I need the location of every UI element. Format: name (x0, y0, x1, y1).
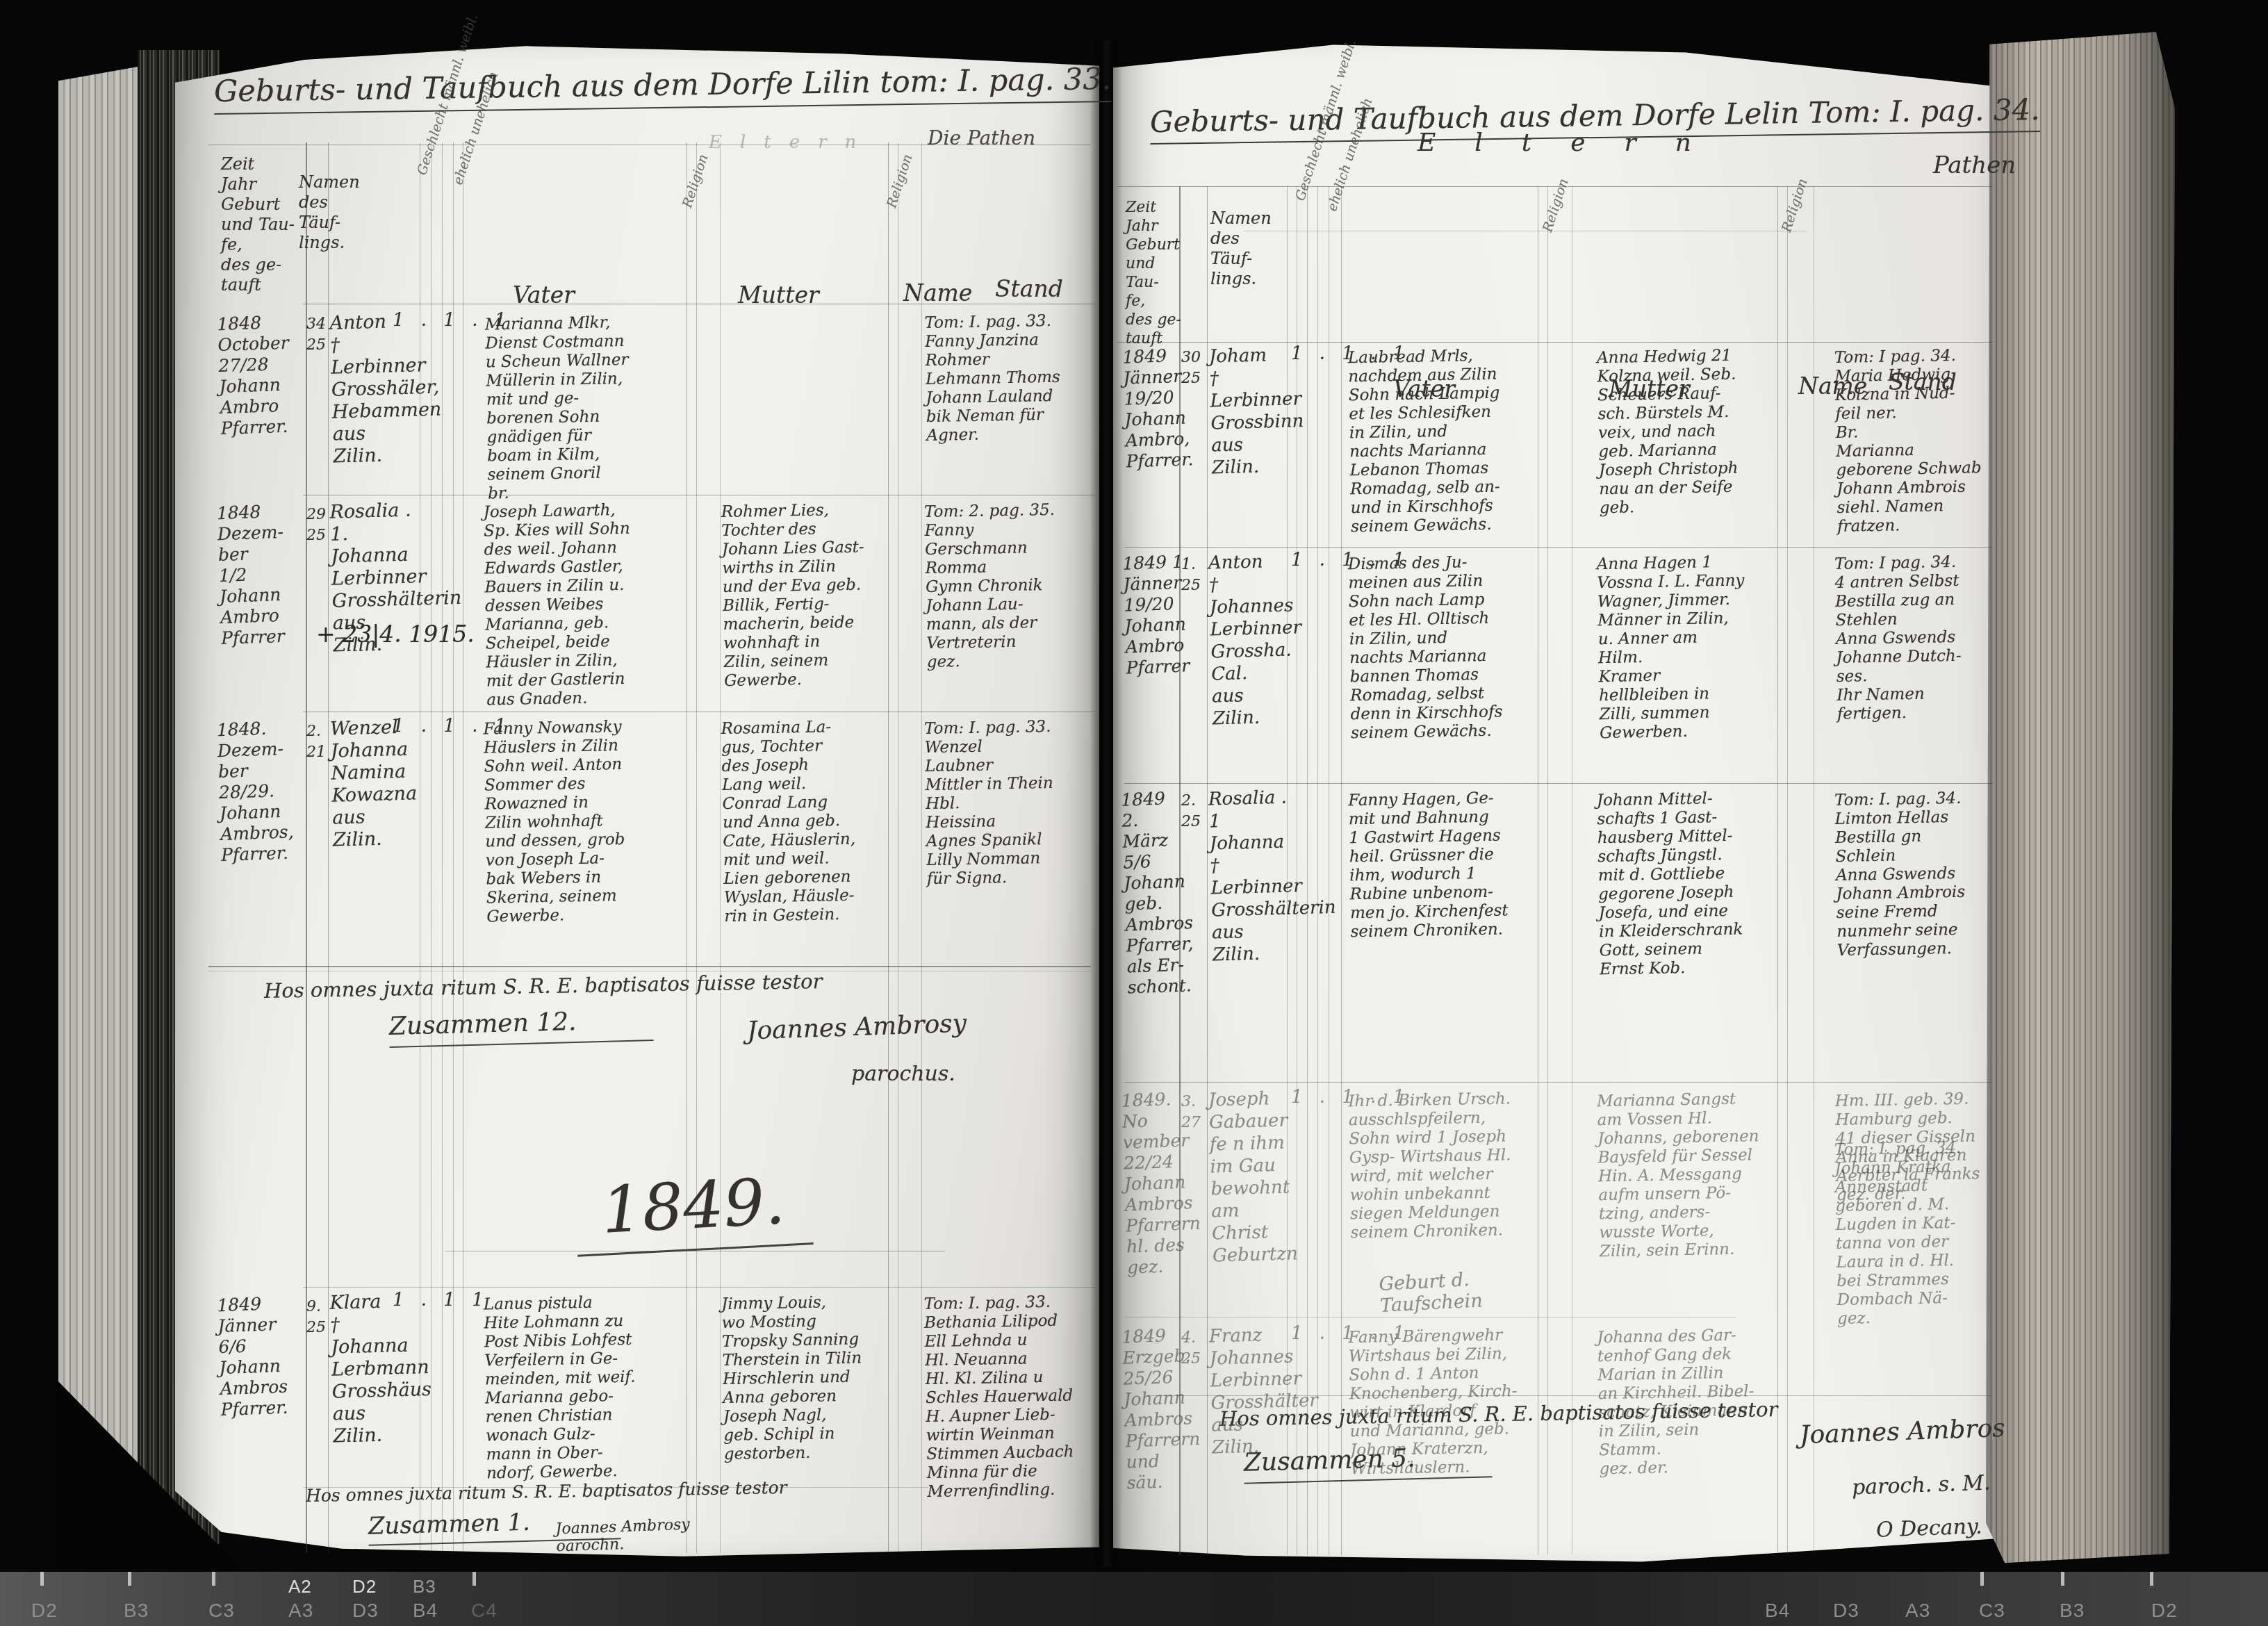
grid-vline (1307, 186, 1308, 1555)
strip-label: D3 (1833, 1600, 1859, 1622)
grid-vline (888, 142, 889, 1553)
strip-tick (212, 1572, 215, 1586)
grid-hline (208, 971, 1091, 971)
grid-hline (1124, 783, 1993, 784)
priest-signature-role: parochus. (851, 1062, 955, 1086)
strip-label: A3 (1905, 1600, 1930, 1622)
entry-child-name: Anton † Lerbinner Grosshäler, Hebammen a… (329, 310, 421, 468)
grid-hline (303, 495, 1095, 495)
entry-godparents-text: Tom: I. pag. 33. Fanny Janzina Rohmer Le… (924, 311, 1092, 445)
entry-date: 1848 October 27/28 Johann Ambro Pfarrer. (217, 311, 304, 439)
entry-mother-text: Jimmy Louis, wo Mosting Tropsky Sanning … (721, 1292, 885, 1464)
grid-vline (1329, 186, 1329, 1555)
left-header-pathen-name: Name (903, 279, 972, 306)
grid-vline (1787, 186, 1788, 1555)
entry-mother-text: Anna Hedwig 21 Kolzna weil. Seb. Scheuer… (1597, 346, 1775, 518)
grid-hline (208, 966, 1091, 967)
entry-number: 30 25 (1181, 347, 1208, 389)
grid-vline (1777, 186, 1778, 1555)
grid-vline (442, 142, 443, 1553)
entry-father-text: Marianna Mlkr, Dienst Costmann u Scheun … (485, 313, 685, 504)
grid-vline (1341, 186, 1342, 1555)
left-header-date-col: Zeit Jahr Geburt und Tau- fe, des ge- ta… (221, 154, 297, 295)
strip-tick (2150, 1572, 2153, 1586)
left-header-name-col: Namen des Täuf- lings. (299, 172, 403, 253)
entry-father-text: Fanny Nowansky Häuslers in Zilin Sohn we… (483, 717, 683, 927)
entry-godparents-text: Tom: 2. pag. 35. Fanny Gerschmann Romma … (924, 500, 1092, 672)
strip-tick (40, 1572, 44, 1586)
grid-vline (1317, 186, 1318, 1555)
grid-vline (696, 142, 697, 1553)
strip-bright-label: A2 (288, 1576, 312, 1598)
left-group-pathen: Die Pathen (928, 126, 1035, 149)
left-header-vater: Vater (513, 281, 575, 309)
entry-child-name: Rosalia . 1 Johanna † Lerbinner Grosshäl… (1208, 787, 1293, 967)
grid-hline (303, 304, 1095, 304)
grid-hline (1124, 1317, 1736, 1317)
grid-vline (921, 142, 922, 1553)
strip-label: C4 (471, 1600, 498, 1622)
entry-child-name: Klara † Johanna Lerbmann Grosshäus aus Z… (329, 1290, 421, 1447)
entry-date: 1848. Dezem- ber 28/29. Johann Ambros, P… (216, 717, 304, 866)
entry-godparents-text: Tom: I pag. 34. 4 antren Selbst Bestilla… (1834, 552, 1994, 724)
book-gutter (1090, 40, 1123, 1566)
strip-label: B4 (413, 1600, 438, 1622)
grid-hline (1124, 1082, 1993, 1083)
entry-child-name: Joham † Lerbinner Grossbinn aus Zilin. (1209, 344, 1292, 479)
entry-date: 1849 1 Jänner 19/20 Johann Ambro Pfarrer (1122, 551, 1190, 678)
entry-mother-text: Anna Hagen 1 Vossna I. L. Fanny Wagner, … (1597, 552, 1775, 743)
right-group-pathen: Pathen (1933, 151, 2016, 179)
left-page-block-edge (58, 66, 142, 1536)
entry-child-name: Franz Johannes Lerbinner Grosshälter aus… (1209, 1324, 1292, 1459)
entry-number: 4. 25 (1181, 1328, 1208, 1370)
entry-child-name: Anton † Johannes Lerbinner Grossha. Cal.… (1208, 550, 1293, 730)
left-header-pathen-stand: Stand (995, 275, 1063, 302)
entry-mother-text: Johann Mittel- schafts 1 Gast- hausberg … (1597, 789, 1775, 979)
priest-signature: Joannes Ambrosy oarochn. (555, 1516, 691, 1556)
grid-vline (1572, 186, 1572, 1555)
strip-label: D2 (31, 1600, 58, 1622)
grid-vline (1538, 186, 1538, 1555)
entry-number: 34 25 (306, 314, 330, 356)
grid-hline (1117, 342, 1993, 343)
entry-father-text: Lanus pistula Hite Lohmann zu Post Nibis… (484, 1292, 684, 1484)
grid-vline (431, 142, 432, 1553)
strip-tick (2061, 1572, 2064, 1586)
right-header-date-col: Zeit Jahr Geburt und Tau- fe, des ge- ta… (1126, 198, 1192, 348)
grid-vline (898, 142, 898, 1553)
calibration-strip: D2 B3 C3 A3 D3 B4 C4 A2 D2 B3 B4 D3 A3 C… (0, 1572, 2268, 1626)
entry-father-text: Laubread Mrls, nachdem aus Zilin Sohn na… (1348, 346, 1538, 537)
entry-number: 2. 25 (1181, 791, 1208, 832)
entry-godparents-text: Tom: I. pag. 33. Bethania Lilipod Ell Le… (923, 1292, 1092, 1502)
entry-mother-text: Marianna Sangst am Vossen Hl. Johanns, g… (1597, 1090, 1775, 1261)
strip-label: B3 (2060, 1600, 2085, 1622)
strip-label: C3 (1979, 1600, 2005, 1622)
entry-father-text: Ihr d. Birken Ursch. ausschlspfeilern, S… (1348, 1090, 1537, 1243)
entry-number: 29 25 (306, 504, 330, 546)
entry-date: 1849 Jänner 19/20 Johann Ambro, Pfarrer. (1122, 345, 1190, 472)
strip-label: B3 (124, 1600, 149, 1622)
year-heading: 1849. (573, 1163, 814, 1257)
grid-hline (1244, 231, 1807, 231)
year-total: Zusammen 5. (1243, 1442, 1492, 1484)
entry-child-name: Joseph Gabauer fe n ihm im Gau bewohnt a… (1208, 1087, 1293, 1267)
grid-vline (1547, 186, 1548, 1555)
entry-mother-text: Rohmer Lies, Tochter des Johann Lies Gas… (721, 500, 886, 691)
entry-tally-marks: 1 . 1 1 (393, 1290, 489, 1311)
entry-father-text: Dismas des Ju- meinen aus Zilin Sohn nac… (1348, 552, 1538, 744)
entry-date: 1849 Jänner 6/6 Johann Ambros Pfarrer. (217, 1292, 304, 1420)
strip-label: A3 (288, 1600, 313, 1622)
priest-signature-role: paroch. s. M. (1851, 1471, 1991, 1500)
entry-number: 1. 25 (1181, 555, 1208, 596)
grid-hline (303, 1287, 1095, 1288)
entry-godparents-text: Tom: I. pag. 34. Limton Hellas Bestilla … (1834, 789, 1994, 960)
left-header-mutter: Mutter (738, 281, 819, 309)
strip-label: B4 (1765, 1600, 1790, 1622)
grid-vline (687, 142, 687, 1553)
right-page-block-edge (1986, 32, 2175, 1569)
entry-godparents-text: Tom: I pag. 34. Maria Hedwig Kolzna in N… (1834, 346, 1994, 536)
strip-bright-label: D2 (352, 1576, 377, 1598)
grid-vline (720, 142, 721, 1553)
strip-label: D2 (2151, 1600, 2178, 1622)
grid-vline (453, 142, 454, 1553)
strip-tick (128, 1572, 131, 1586)
entry-father-text: Joseph Lawarth, Sp. Kies will Sohn des w… (483, 500, 683, 710)
strip-bright-label: B3 (413, 1576, 436, 1598)
scanned-register-spread: Geburts- und Taufbuch aus dem Dorfe Lili… (0, 0, 2268, 1626)
entry-number: 3. 27 (1181, 1092, 1208, 1133)
strip-tick (472, 1572, 476, 1586)
right-group-eltern: Eltern (1417, 129, 1730, 157)
grid-hline (1124, 547, 1993, 548)
entry-number: 9. 25 (306, 1297, 330, 1338)
entry-godparents-text: Tom: I. pag. 34. Johann Kratka Annenstad… (1834, 1138, 1994, 1329)
grid-hline (303, 712, 1095, 712)
entry-mother-text: Rosamina La- gus, Tochter des Joseph Lan… (721, 717, 885, 926)
left-group-eltern: Eltern (709, 132, 874, 153)
strip-tick (1980, 1572, 1984, 1586)
priest-signature-deanery: O Decany. (1875, 1514, 1982, 1542)
right-header-name-col: Namen des Täuf- lings. (1210, 208, 1294, 289)
entry-number: 2. 21 (306, 721, 330, 763)
grid-hline (445, 1251, 945, 1251)
entry-date: 1848 Dezem- ber 1/2 Johann Ambro Pfarrer (216, 500, 304, 649)
year-total: Zusammen 12. (388, 1005, 653, 1048)
entry-godparents-text: Tom: I. pag. 33. Wenzel Laubner Mittler … (924, 717, 1092, 889)
grid-vline (463, 142, 463, 1553)
entry-father-text: Fanny Hagen, Ge- mit und Bahnung 1 Gastw… (1348, 789, 1537, 942)
strip-label: D3 (352, 1600, 379, 1622)
entry-death-note: + 23|4. 1915. (316, 621, 475, 648)
strip-label: C3 (208, 1600, 235, 1622)
